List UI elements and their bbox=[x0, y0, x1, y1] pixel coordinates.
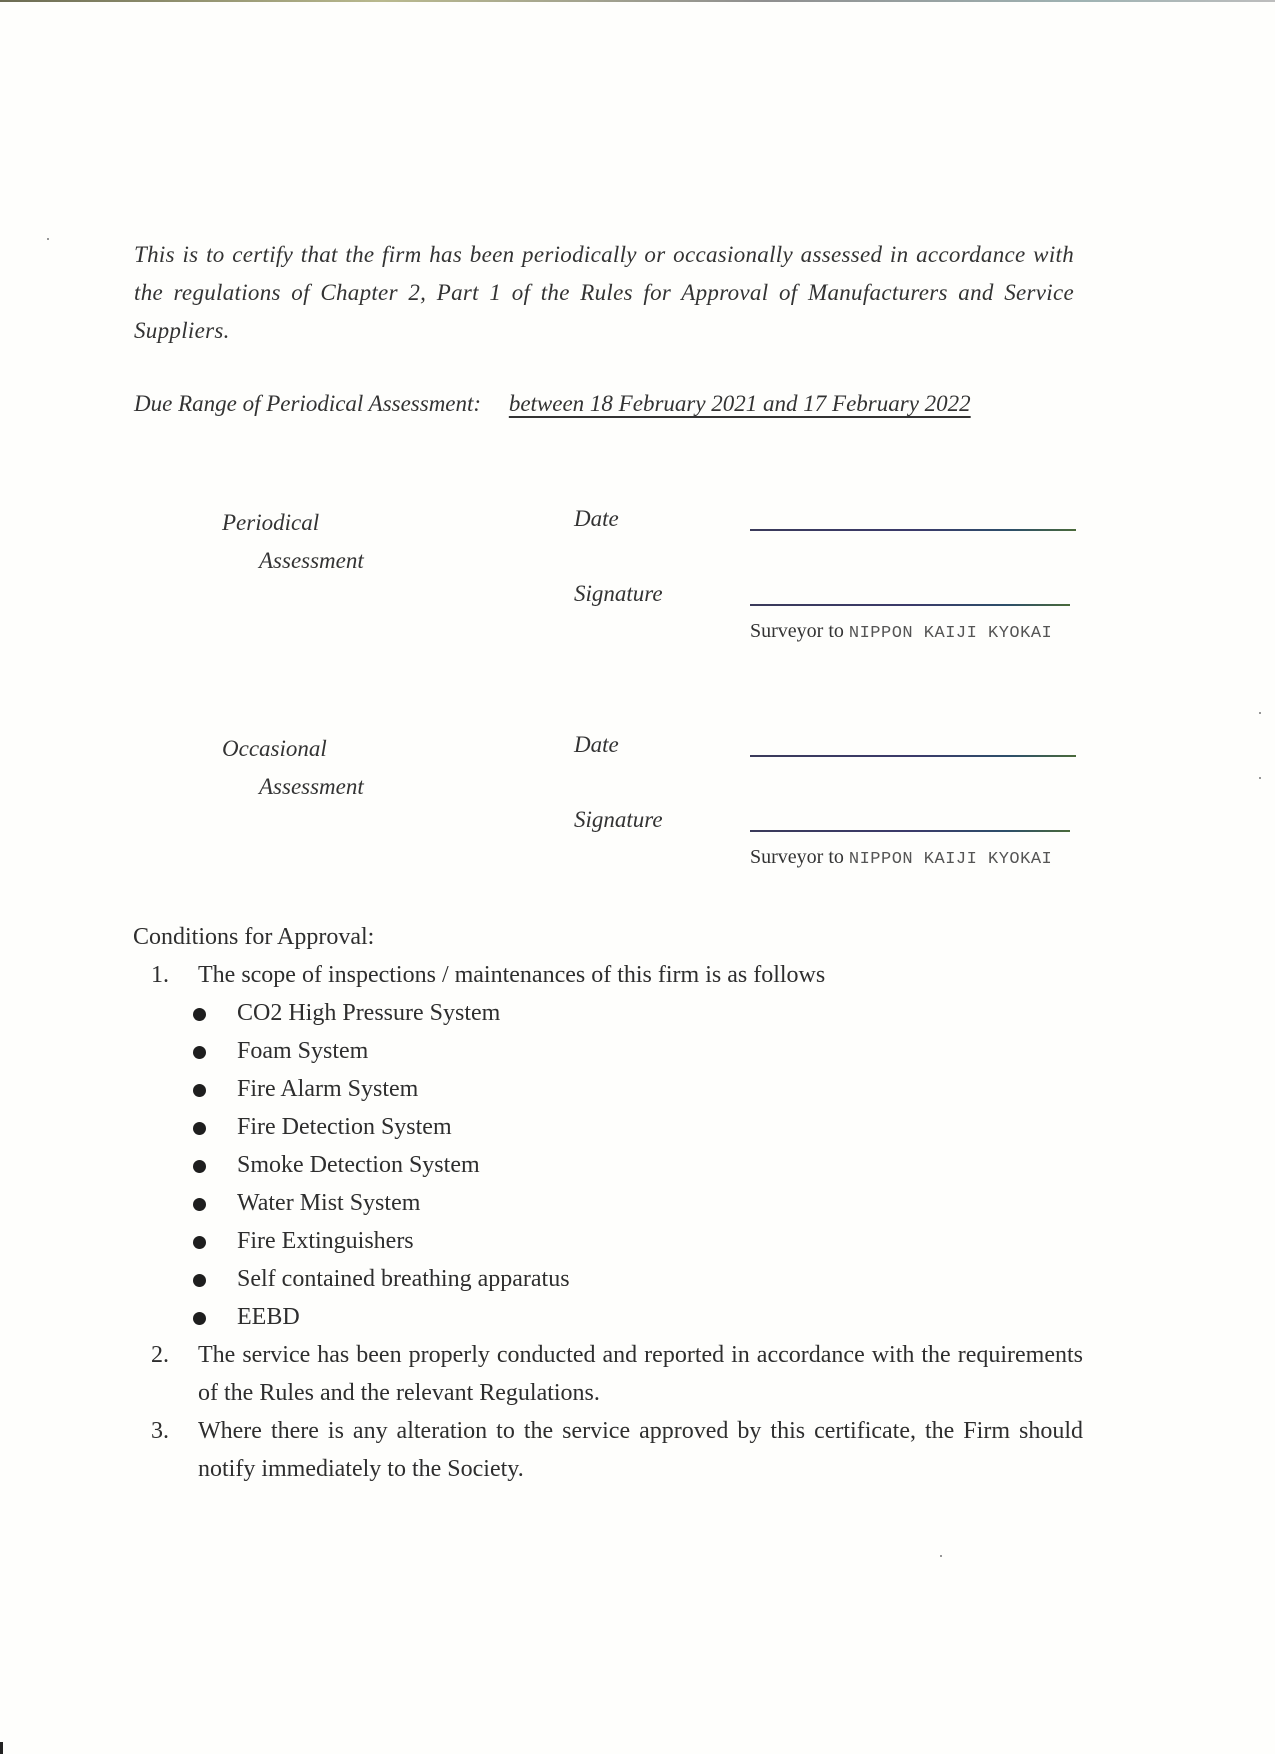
scope-item-text: Foam System bbox=[237, 1038, 368, 1064]
scope-item: Fire Detection System bbox=[133, 1108, 1083, 1146]
condition-item: 3. Where there is any alteration to the … bbox=[133, 1412, 1083, 1488]
bullet-icon bbox=[193, 1084, 206, 1097]
surveyor-caption: Surveyor to NIPPON KAIJI KYOKAI bbox=[750, 620, 1052, 643]
bullet-icon bbox=[193, 1274, 206, 1287]
scope-item-text: EEBD bbox=[237, 1304, 300, 1330]
bullet-icon bbox=[193, 1198, 206, 1211]
assessment-title-line1: Occasional bbox=[222, 736, 327, 761]
condition-item: 1. The scope of inspections / maintenanc… bbox=[133, 956, 1083, 994]
scan-speck bbox=[940, 1555, 942, 1557]
bullet-icon bbox=[193, 1312, 206, 1325]
scope-item-text: Self contained breathing apparatus bbox=[237, 1266, 570, 1292]
scope-item: EEBD bbox=[133, 1298, 1083, 1336]
scope-item-text: CO2 High Pressure System bbox=[237, 1000, 500, 1026]
scope-list: CO2 High Pressure System Foam System Fir… bbox=[133, 994, 1083, 1336]
scan-bottom-mark bbox=[0, 1742, 3, 1754]
periodical-assessment-block: Periodical Assessment Date Signature Sur… bbox=[0, 504, 1275, 704]
assessment-title-line2: Assessment bbox=[222, 542, 364, 580]
scope-item: CO2 High Pressure System bbox=[133, 994, 1083, 1032]
certification-statement: This is to certify that the firm has bee… bbox=[134, 236, 1074, 350]
condition-text: The service has been properly conducted … bbox=[198, 1342, 1083, 1406]
surveyor-prefix: Surveyor to bbox=[750, 846, 844, 868]
scope-item-text: Fire Extinguishers bbox=[237, 1228, 414, 1254]
scope-item-text: Fire Alarm System bbox=[237, 1076, 418, 1102]
signature-line[interactable] bbox=[750, 830, 1070, 832]
condition-text: Where there is any alteration to the ser… bbox=[198, 1418, 1083, 1482]
due-range-label: Due Range of Periodical Assessment: bbox=[134, 391, 481, 416]
scope-item: Self contained breathing apparatus bbox=[133, 1260, 1083, 1298]
bullet-icon bbox=[193, 1236, 206, 1249]
signature-line[interactable] bbox=[750, 604, 1070, 606]
bullet-icon bbox=[193, 1160, 206, 1173]
condition-text: The scope of inspections / maintenances … bbox=[198, 962, 825, 988]
scope-item: Foam System bbox=[133, 1032, 1083, 1070]
scope-item: Water Mist System bbox=[133, 1184, 1083, 1222]
scan-top-edge bbox=[0, 0, 1275, 2]
conditions-title: Conditions for Approval: bbox=[133, 918, 1083, 956]
assessment-title-line1: Periodical bbox=[222, 510, 319, 535]
date-line[interactable] bbox=[750, 529, 1076, 531]
due-range-value: between 18 February 2021 and 17 February… bbox=[509, 391, 971, 416]
scope-item-text: Fire Detection System bbox=[237, 1114, 452, 1140]
scope-item: Fire Alarm System bbox=[133, 1070, 1083, 1108]
date-label: Date bbox=[574, 732, 619, 758]
signature-label: Signature bbox=[574, 807, 663, 833]
scan-speck bbox=[47, 238, 49, 240]
bullet-icon bbox=[193, 1008, 206, 1021]
surveyor-org: NIPPON KAIJI KYOKAI bbox=[849, 850, 1052, 869]
date-line[interactable] bbox=[750, 755, 1076, 757]
occasional-assessment-block: Occasional Assessment Date Signature Sur… bbox=[0, 730, 1275, 930]
surveyor-org: NIPPON KAIJI KYOKAI bbox=[849, 624, 1052, 643]
scan-speck bbox=[1259, 712, 1261, 714]
scope-item-text: Water Mist System bbox=[237, 1190, 420, 1216]
bullet-icon bbox=[193, 1122, 206, 1135]
date-label: Date bbox=[574, 506, 619, 532]
scope-item: Smoke Detection System bbox=[133, 1146, 1083, 1184]
condition-item: 2. The service has been properly conduct… bbox=[133, 1336, 1083, 1412]
conditions-for-approval: Conditions for Approval: 1. The scope of… bbox=[133, 918, 1083, 1488]
condition-number: 1. bbox=[151, 956, 169, 994]
signature-label: Signature bbox=[574, 581, 663, 607]
scope-item-text: Smoke Detection System bbox=[237, 1152, 480, 1178]
bullet-icon bbox=[193, 1046, 206, 1059]
assessment-title-line2: Assessment bbox=[222, 768, 364, 806]
assessment-title: Periodical Assessment bbox=[222, 504, 364, 580]
assessment-title: Occasional Assessment bbox=[222, 730, 364, 806]
scope-item: Fire Extinguishers bbox=[133, 1222, 1083, 1260]
due-range: Due Range of Periodical Assessment: betw… bbox=[134, 391, 1094, 417]
surveyor-prefix: Surveyor to bbox=[750, 620, 844, 642]
surveyor-caption: Surveyor to NIPPON KAIJI KYOKAI bbox=[750, 846, 1052, 869]
condition-number: 3. bbox=[151, 1412, 169, 1450]
condition-number: 2. bbox=[151, 1336, 169, 1374]
